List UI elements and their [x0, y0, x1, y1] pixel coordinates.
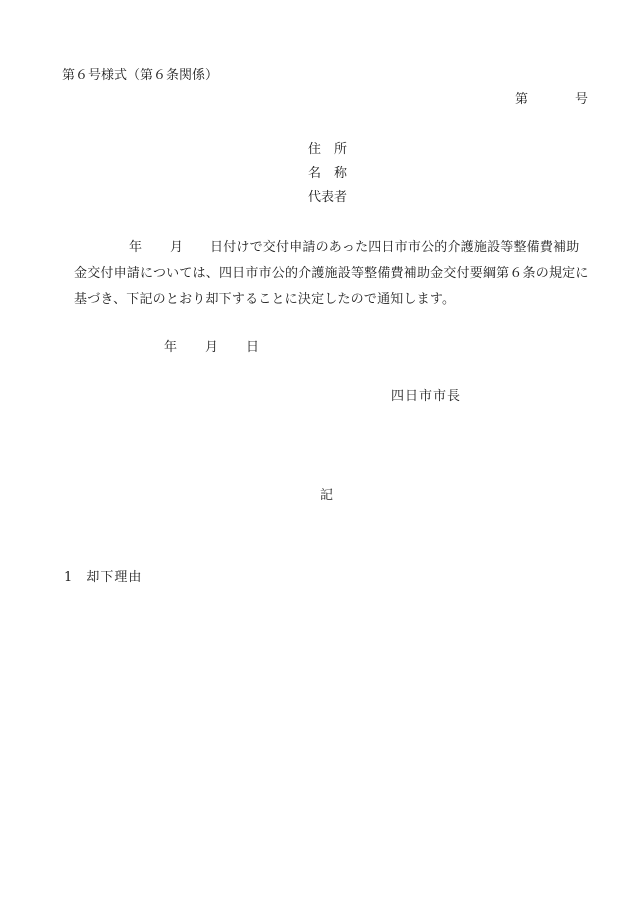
item-row: 1 却下理由: [64, 570, 142, 586]
issue-day: 日: [246, 340, 259, 356]
body-line-1-text: 日付けで交付申請のあった四日市市公的介護施設等整備費補助: [210, 240, 579, 256]
body-line-3: 基づき、下記のとおり却下することに決定したので通知します。: [74, 292, 455, 308]
representative-label: 代表者: [308, 190, 347, 206]
ki-heading: 記: [320, 488, 333, 504]
address-label: 住 所: [308, 142, 347, 158]
doc-number-suffix: 号: [575, 92, 588, 108]
item-label: 却下理由: [86, 570, 142, 585]
issue-year: 年: [164, 340, 177, 356]
doc-number-prefix: 第: [515, 92, 528, 108]
issuer: 四日市市長: [391, 389, 461, 405]
issue-month: 月: [205, 340, 218, 356]
application-year: 年: [129, 240, 142, 256]
name-label: 名 称: [308, 166, 347, 182]
application-month: 月: [170, 240, 183, 256]
item-number: 1: [64, 570, 72, 585]
form-header: 第６号様式（第６条関係）: [62, 68, 218, 84]
body-line-2: 金交付申請については、四日市市公的介護施設等整備費補助金交付要綱第６条の規定に: [74, 266, 589, 282]
